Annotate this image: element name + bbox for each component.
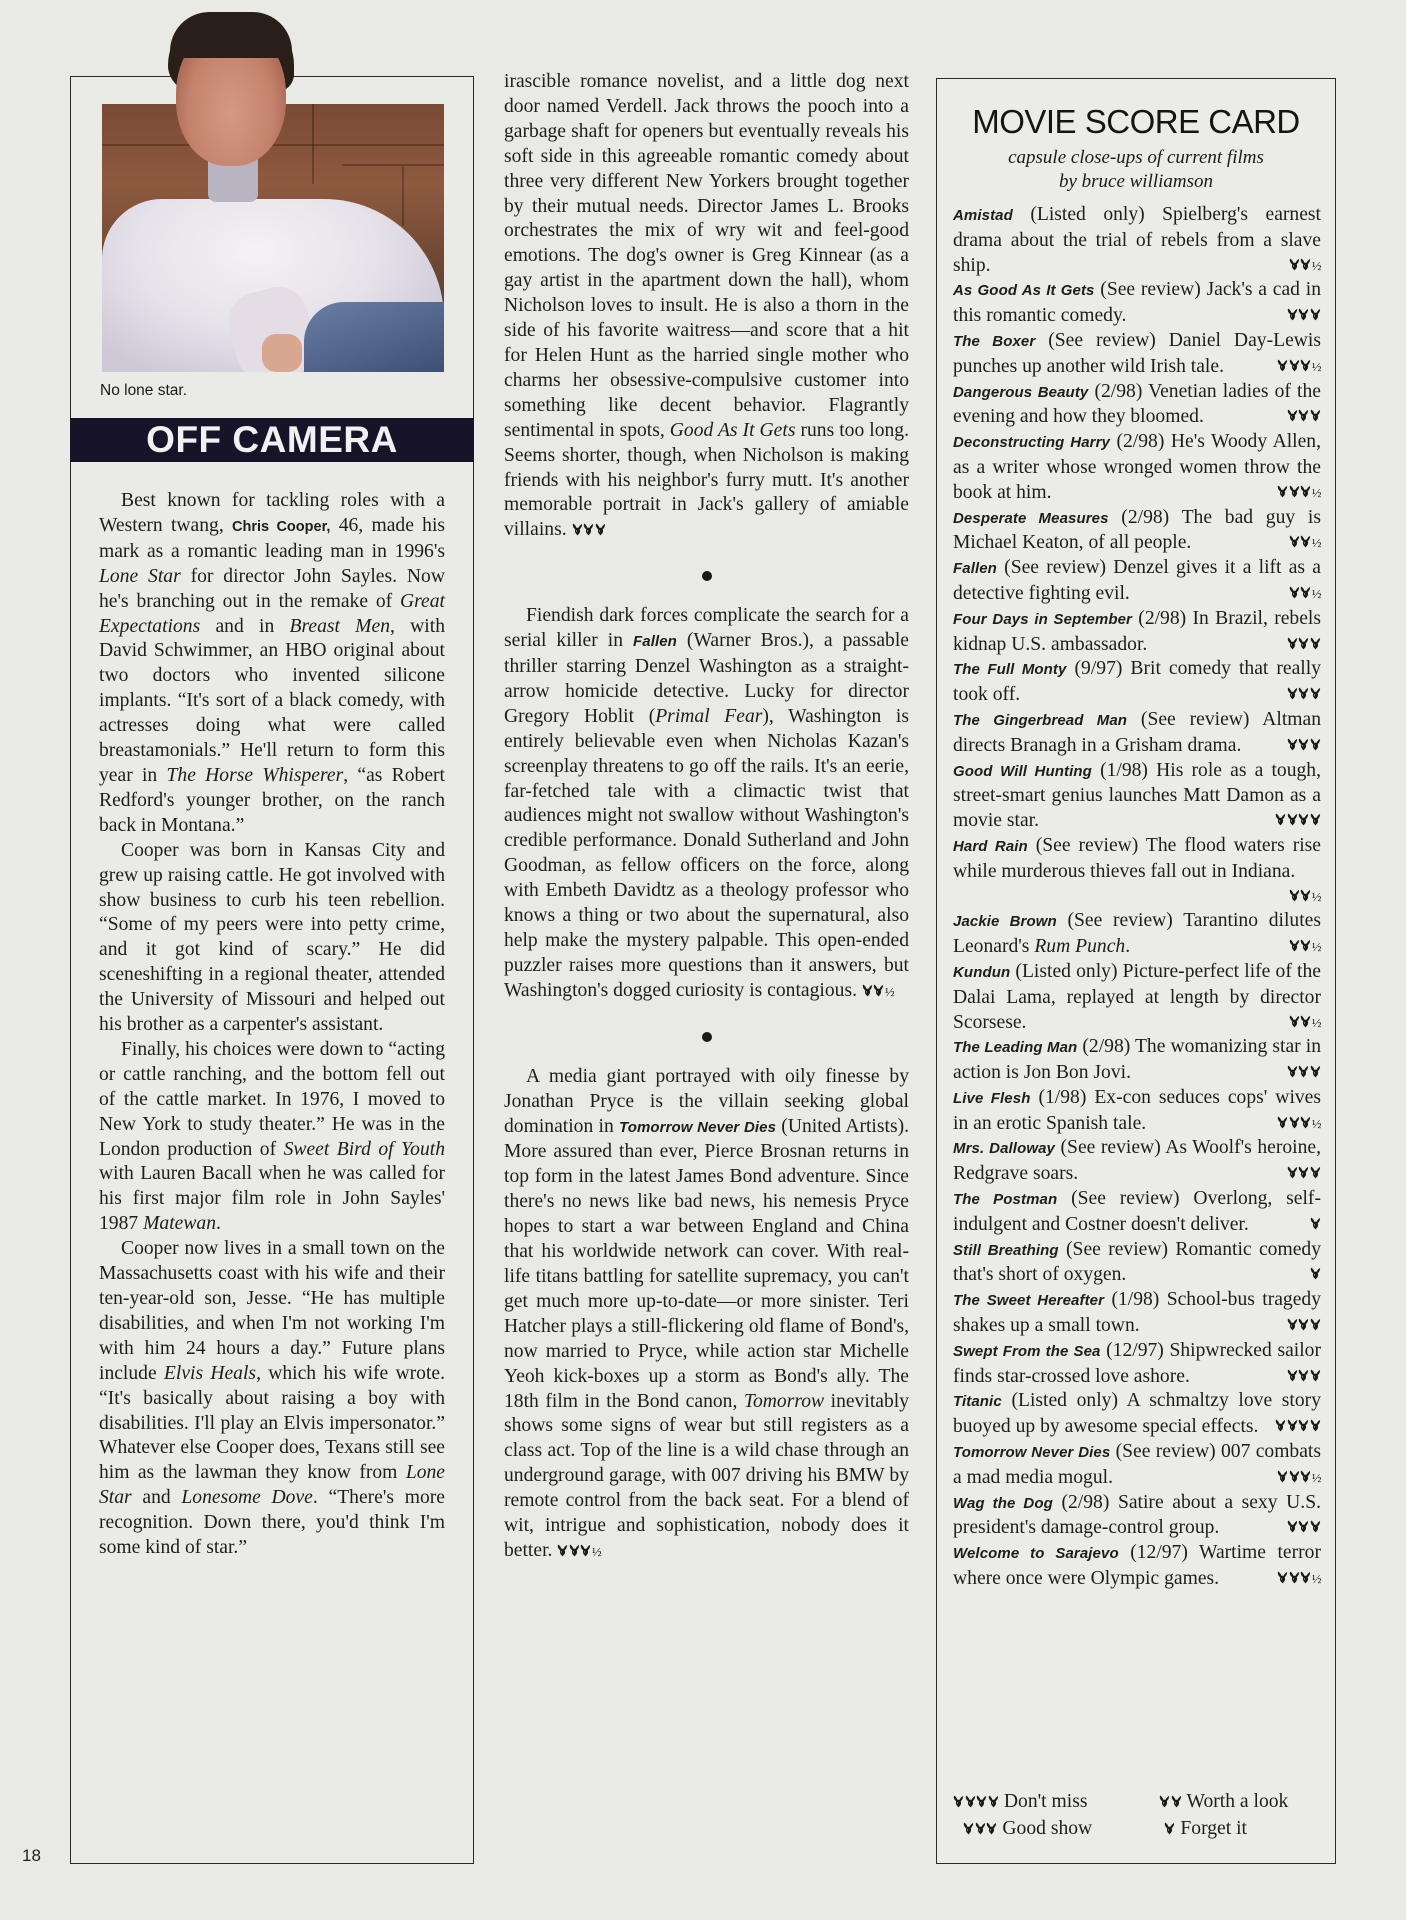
rabbit-head-icon bbox=[873, 984, 884, 997]
review-note: (2/98) bbox=[1077, 1036, 1135, 1057]
italic-title: Lone Star bbox=[99, 566, 181, 587]
rabbit-head-icon bbox=[1298, 308, 1309, 321]
rabbit-head-icon bbox=[1287, 738, 1298, 751]
score-card-entry: Fallen (See review) Denzel gives it a li… bbox=[953, 556, 1321, 607]
rabbit-head-icon bbox=[1310, 409, 1321, 422]
review-note: (1/98) bbox=[1104, 1289, 1167, 1310]
half-rating: ½ bbox=[1312, 889, 1321, 904]
rabbit-head-icon bbox=[1277, 1571, 1288, 1584]
rabbit-head-icon bbox=[1287, 1419, 1298, 1432]
person-name: Chris Cooper, bbox=[232, 519, 330, 535]
half-rating: ½ bbox=[1312, 1470, 1321, 1485]
legend-label: Good show bbox=[998, 1818, 1093, 1839]
rating bbox=[1287, 405, 1322, 430]
film-title: Dangerous Beauty bbox=[953, 384, 1088, 401]
rating bbox=[1287, 633, 1322, 658]
score-card-entry: The Sweet Hereafter (1/98) School-bus tr… bbox=[953, 1288, 1321, 1339]
film-title: Wag the Dog bbox=[953, 1495, 1053, 1512]
rabbit-head-icon bbox=[975, 1822, 986, 1835]
text: (United Artists). More assured than ever… bbox=[504, 1116, 909, 1412]
rabbit-head-icon bbox=[1287, 308, 1298, 321]
film-title: The Sweet Hereafter bbox=[953, 1292, 1104, 1309]
rabbit-head-icon bbox=[1289, 1116, 1300, 1129]
review-note: (See review) bbox=[997, 557, 1113, 578]
rating-legend: Don't miss Worth a look Good show Forget… bbox=[953, 1789, 1321, 1843]
rabbit-head-icon bbox=[1277, 485, 1288, 498]
rabbit-head-icon bbox=[1310, 1217, 1321, 1230]
rating bbox=[953, 1794, 999, 1811]
rabbit-head-icon bbox=[1300, 258, 1311, 271]
half-rating: ½ bbox=[1312, 1015, 1321, 1030]
score-card-entry: Welcome to Sarajevo (12/97) Wartime terr… bbox=[953, 1541, 1321, 1592]
rating: ½ bbox=[1277, 481, 1321, 506]
score-card-entry: The Leading Man (2/98) The womanizing st… bbox=[953, 1035, 1321, 1086]
rabbit-head-icon bbox=[1289, 258, 1300, 271]
half-rating: ½ bbox=[1312, 586, 1321, 601]
rating bbox=[1275, 1415, 1321, 1440]
rating: ½ bbox=[557, 1543, 601, 1560]
film-title: Kundun bbox=[953, 964, 1010, 981]
article-paragraph: Cooper now lives in a small town on the … bbox=[99, 1237, 445, 1561]
review-note: (2/98) bbox=[1053, 1492, 1118, 1513]
film-title: The Full Monty bbox=[953, 661, 1066, 678]
rating: ½ bbox=[1289, 582, 1321, 607]
rabbit-head-icon bbox=[1310, 687, 1321, 700]
rabbit-head-icon bbox=[1275, 813, 1286, 826]
rabbit-head-icon bbox=[1300, 939, 1311, 952]
rabbit-head-icon bbox=[1164, 1822, 1175, 1835]
legend-label: Forget it bbox=[1176, 1818, 1248, 1839]
score-card-entry: Jackie Brown (See review) Tarantino dilu… bbox=[953, 909, 1321, 960]
legend-label: Worth a look bbox=[1182, 1791, 1288, 1812]
text: and bbox=[132, 1487, 182, 1508]
score-card-entry: The Gingerbread Man (See review) Altman … bbox=[953, 708, 1321, 759]
italic-title: Good As It Gets bbox=[670, 420, 796, 441]
review-note: (See review) bbox=[1095, 279, 1207, 300]
score-card-entry: As Good As It Gets (See review) Jack's a… bbox=[953, 278, 1321, 329]
rating: ½ bbox=[1277, 1466, 1321, 1491]
rating bbox=[1310, 1213, 1322, 1238]
rabbit-head-icon bbox=[1310, 308, 1321, 321]
score-card-entry: The Postman (See review) Overlong, self-… bbox=[953, 1187, 1321, 1238]
rabbit-head-icon bbox=[1310, 738, 1321, 751]
jeans bbox=[304, 302, 444, 372]
rating: ½ bbox=[1289, 254, 1321, 279]
rabbit-head-icon bbox=[1287, 1065, 1298, 1078]
rabbit-head-icon bbox=[1287, 813, 1298, 826]
rabbit-head-icon bbox=[1298, 1419, 1309, 1432]
film-title: As Good As It Gets bbox=[953, 282, 1095, 299]
film-title: Jackie Brown bbox=[953, 913, 1057, 930]
score-card-subtitle: capsule close-ups of current films bbox=[937, 147, 1335, 169]
text: . bbox=[1125, 936, 1130, 957]
rabbit-head-icon bbox=[862, 984, 873, 997]
review-note: (See review) bbox=[1110, 1441, 1221, 1462]
score-card-entry: The Full Monty (9/97) Brit comedy that r… bbox=[953, 657, 1321, 708]
italic-title: Lonesome Dove bbox=[181, 1487, 313, 1508]
rating bbox=[1287, 1061, 1322, 1086]
review-note: (Listed only) bbox=[1002, 1390, 1127, 1411]
rabbit-head-icon bbox=[1289, 535, 1300, 548]
rabbit-head-icon bbox=[1287, 637, 1298, 650]
section-separator bbox=[504, 544, 909, 604]
score-card-entry: Kundun (Listed only) Picture-perfect lif… bbox=[953, 960, 1321, 1035]
rabbit-head-icon bbox=[1300, 586, 1311, 599]
rabbit-head-icon bbox=[1275, 1419, 1286, 1432]
rating bbox=[1287, 1162, 1322, 1187]
film-title: Tomorrow Never Dies bbox=[953, 1444, 1110, 1461]
rating bbox=[572, 522, 607, 539]
film-title: Four Days in September bbox=[953, 611, 1132, 628]
review-note: (See review) bbox=[1028, 835, 1146, 856]
rabbit-head-icon bbox=[1298, 409, 1309, 422]
rabbit-head-icon bbox=[1289, 359, 1300, 372]
rating bbox=[1287, 683, 1322, 708]
rating bbox=[1287, 1516, 1322, 1541]
film-title: The Gingerbread Man bbox=[953, 712, 1127, 729]
legend-item: Forget it bbox=[1120, 1816, 1321, 1843]
text: , with David Schwimmer, an HBO original … bbox=[99, 616, 445, 786]
score-card-entry: Good Will Hunting (1/98) His role as a t… bbox=[953, 759, 1321, 834]
text: inevitably shows some signs of wear but … bbox=[504, 1391, 909, 1561]
rabbit-head-icon bbox=[1298, 813, 1309, 826]
score-card-entry: Dangerous Beauty (2/98) Venetian ladies … bbox=[953, 380, 1321, 431]
rabbit-head-icon bbox=[1289, 1470, 1300, 1483]
film-title: The Leading Man bbox=[953, 1039, 1077, 1056]
review-note: (Listed only) bbox=[1010, 961, 1122, 982]
rating: ½ bbox=[1289, 531, 1321, 556]
portrait-photo bbox=[102, 104, 444, 372]
rating: ½ bbox=[1277, 355, 1321, 380]
half-rating: ½ bbox=[1312, 1571, 1321, 1586]
rabbit-head-icon bbox=[1289, 1571, 1300, 1584]
half-rating: ½ bbox=[1312, 485, 1321, 500]
text: Cooper was born in Kansas City and grew … bbox=[99, 840, 445, 1035]
rabbit-head-icon bbox=[1159, 1795, 1170, 1808]
review-note: (Listed only) bbox=[1013, 204, 1162, 225]
review-note: (9/97) bbox=[1066, 658, 1130, 679]
review-note: (See review) bbox=[1055, 1137, 1165, 1158]
movie-score-card: MOVIE SCORE CARD capsule close-ups of cu… bbox=[936, 78, 1336, 1864]
rabbit-head-icon bbox=[557, 1544, 568, 1557]
article-paragraph: Cooper was born in Kansas City and grew … bbox=[99, 839, 445, 1038]
rabbit-head-icon bbox=[1310, 1267, 1321, 1280]
rabbit-head-icon bbox=[1298, 1520, 1309, 1533]
score-card-entries: Amistad (Listed only) Spielberg's earnes… bbox=[953, 203, 1321, 1592]
reviews-column: irascible romance novelist, and a little… bbox=[504, 70, 909, 1565]
rabbit-head-icon bbox=[595, 523, 606, 536]
film-title: Hard Rain bbox=[953, 838, 1028, 855]
rabbit-head-icon bbox=[1300, 889, 1311, 902]
hand bbox=[262, 334, 302, 372]
rating: ½ bbox=[1277, 1567, 1321, 1592]
review-paragraph: A media giant portrayed with oily finess… bbox=[504, 1065, 909, 1565]
rating: ½ bbox=[1289, 1011, 1321, 1036]
rabbit-head-icon bbox=[1310, 1065, 1321, 1078]
rating bbox=[1275, 809, 1321, 834]
rabbit-head-icon bbox=[1298, 1065, 1309, 1078]
rating bbox=[1287, 1314, 1322, 1339]
rabbit-head-icon bbox=[1300, 485, 1311, 498]
italic-title: Matewan bbox=[143, 1213, 216, 1234]
score-card-byline: by bruce williamson bbox=[937, 171, 1335, 193]
rabbit-head-icon bbox=[1300, 359, 1311, 372]
rabbit-head-icon bbox=[1289, 485, 1300, 498]
rabbit-head-icon bbox=[1287, 409, 1298, 422]
rabbit-head-icon bbox=[988, 1795, 999, 1808]
score-card-entry: Wag the Dog (2/98) Satire about a sexy U… bbox=[953, 1491, 1321, 1542]
rabbit-head-icon bbox=[1171, 1795, 1182, 1808]
review-note: (2/98) bbox=[1109, 507, 1182, 528]
review-paragraph: irascible romance novelist, and a little… bbox=[504, 70, 909, 544]
film-title: Titanic bbox=[953, 1393, 1002, 1410]
rabbit-head-icon bbox=[1298, 637, 1309, 650]
review-note: (2/98) bbox=[1088, 381, 1148, 402]
score-card-entry: Still Breathing (See review) Romantic co… bbox=[953, 1238, 1321, 1289]
bullet-icon bbox=[702, 1032, 712, 1042]
rabbit-head-icon bbox=[1300, 1470, 1311, 1483]
score-card-entry: Hard Rain (See review) The flood waters … bbox=[953, 834, 1321, 909]
film-title: Fallen bbox=[953, 560, 997, 577]
rabbit-head-icon bbox=[1310, 1318, 1321, 1331]
score-card-entry: Amistad (Listed only) Spielberg's earnes… bbox=[953, 203, 1321, 278]
film-title: Swept From the Sea bbox=[953, 1343, 1100, 1360]
text: and in bbox=[200, 616, 289, 637]
rating: ½ bbox=[1289, 935, 1321, 960]
off-camera-article: Best known for tackling roles with a Wes… bbox=[99, 489, 445, 1561]
rabbit-head-icon bbox=[1287, 687, 1298, 700]
rabbit-head-icon bbox=[1300, 1116, 1311, 1129]
half-rating: ½ bbox=[592, 1544, 601, 1559]
rating bbox=[1310, 1263, 1322, 1288]
rating bbox=[1287, 1365, 1322, 1390]
rabbit-head-icon bbox=[1300, 1015, 1311, 1028]
score-card-entry: Desperate Measures (2/98) The bad guy is… bbox=[953, 506, 1321, 557]
rabbit-head-icon bbox=[1300, 535, 1311, 548]
rabbit-head-icon bbox=[572, 523, 583, 536]
legend-item: Good show bbox=[953, 1816, 1120, 1843]
section-banner: OFF CAMERA bbox=[70, 418, 474, 462]
rating bbox=[1164, 1821, 1176, 1838]
score-card-entry: Four Days in September (2/98) In Brazil,… bbox=[953, 607, 1321, 658]
text: irascible romance novelist, and a little… bbox=[504, 71, 909, 441]
review-paragraph: Fiendish dark forces complicate the sear… bbox=[504, 604, 909, 1005]
rabbit-head-icon bbox=[1289, 889, 1300, 902]
italic-title: Rum Punch bbox=[1034, 936, 1125, 957]
rabbit-head-icon bbox=[1289, 586, 1300, 599]
rabbit-head-icon bbox=[1310, 637, 1321, 650]
review-note: (12/97) bbox=[1100, 1340, 1169, 1361]
review-note: (1/98) bbox=[1030, 1087, 1094, 1108]
bullet-icon bbox=[702, 571, 712, 581]
film-title: The Postman bbox=[953, 1191, 1057, 1208]
film-title: Mrs. Dalloway bbox=[953, 1140, 1055, 1157]
film-title: Good Will Hunting bbox=[953, 763, 1092, 780]
review-note: (See review) bbox=[1035, 330, 1168, 351]
text: . bbox=[216, 1213, 221, 1234]
italic-title: Elvis Heals bbox=[164, 1363, 256, 1384]
section-separator bbox=[504, 1005, 909, 1065]
rating: ½ bbox=[1289, 885, 1321, 910]
italic-title: Sweet Bird of Youth bbox=[284, 1139, 445, 1160]
hair-top bbox=[170, 12, 292, 58]
review-note: (See review) bbox=[1057, 910, 1183, 931]
rabbit-head-icon bbox=[1310, 813, 1321, 826]
half-rating: ½ bbox=[1312, 1116, 1321, 1131]
rabbit-head-icon bbox=[569, 1544, 580, 1557]
review-note: (2/98) bbox=[1132, 608, 1193, 629]
score-card-title: MOVIE SCORE CARD bbox=[937, 103, 1335, 141]
rabbit-head-icon bbox=[1310, 1520, 1321, 1533]
text: ), Washington is entirely believable eve… bbox=[504, 706, 909, 1001]
review-note: (2/98) bbox=[1110, 431, 1171, 452]
rabbit-head-icon bbox=[1300, 1571, 1311, 1584]
rabbit-head-icon bbox=[1298, 1166, 1309, 1179]
score-card-entry: Tomorrow Never Dies (See review) 007 com… bbox=[953, 1440, 1321, 1491]
half-rating: ½ bbox=[1312, 535, 1321, 550]
rabbit-head-icon bbox=[1287, 1166, 1298, 1179]
film-title: Fallen bbox=[633, 633, 677, 650]
rabbit-head-icon bbox=[965, 1795, 976, 1808]
article-paragraph: Finally, his choices were down to “actin… bbox=[99, 1038, 445, 1237]
half-rating: ½ bbox=[1312, 258, 1321, 273]
photo-caption: No lone star. bbox=[100, 382, 187, 400]
legend-item: Worth a look bbox=[1115, 1789, 1321, 1816]
half-rating: ½ bbox=[885, 984, 894, 999]
review-note: (12/97) bbox=[1119, 1542, 1199, 1563]
italic-title: Tomorrow bbox=[744, 1391, 824, 1412]
rabbit-head-icon bbox=[1298, 1318, 1309, 1331]
film-title: Welcome to Sarajevo bbox=[953, 1545, 1119, 1562]
score-card-entry: Live Flesh (1/98) Ex-con seduces cops' w… bbox=[953, 1086, 1321, 1137]
rabbit-head-icon bbox=[1298, 1369, 1309, 1382]
film-title: Tomorrow Never Dies bbox=[619, 1119, 776, 1136]
article-paragraph: Best known for tackling roles with a Wes… bbox=[99, 489, 445, 839]
score-card-entry: Swept From the Sea (12/97) Shipwrecked s… bbox=[953, 1339, 1321, 1390]
review-note: (See review) bbox=[1057, 1188, 1193, 1209]
legend-label: Don't miss bbox=[999, 1791, 1087, 1812]
legend-row: Don't miss Worth a look bbox=[953, 1789, 1321, 1816]
rabbit-head-icon bbox=[1289, 939, 1300, 952]
score-card-entry: The Boxer (See review) Daniel Day-Lewis … bbox=[953, 329, 1321, 380]
film-title: Desperate Measures bbox=[953, 510, 1109, 527]
rabbit-head-icon bbox=[1310, 1166, 1321, 1179]
rating bbox=[1159, 1794, 1182, 1811]
rabbit-head-icon bbox=[986, 1822, 997, 1835]
half-rating: ½ bbox=[1312, 939, 1321, 954]
film-title: Still Breathing bbox=[953, 1242, 1059, 1259]
rabbit-head-icon bbox=[1287, 1520, 1298, 1533]
rabbit-head-icon bbox=[580, 1544, 591, 1557]
legend-item: Don't miss bbox=[953, 1789, 1115, 1816]
review-note: (See review) bbox=[1059, 1239, 1176, 1260]
review-note: (See review) bbox=[1127, 709, 1262, 730]
rabbit-head-icon bbox=[1289, 1015, 1300, 1028]
rating: ½ bbox=[862, 983, 894, 1000]
rabbit-head-icon bbox=[1277, 359, 1288, 372]
score-card-entry: Deconstructing Harry (2/98) He's Woody A… bbox=[953, 430, 1321, 505]
rabbit-head-icon bbox=[963, 1822, 974, 1835]
film-title: Amistad bbox=[953, 207, 1013, 224]
rating: ½ bbox=[1277, 1112, 1321, 1137]
film-title: Deconstructing Harry bbox=[953, 434, 1110, 451]
rating bbox=[963, 1821, 998, 1838]
rabbit-head-icon bbox=[1287, 1318, 1298, 1331]
rabbit-head-icon bbox=[1298, 738, 1309, 751]
italic-title: The Horse Whisperer bbox=[167, 765, 344, 786]
film-title: The Boxer bbox=[953, 333, 1035, 350]
rabbit-head-icon bbox=[1287, 1369, 1298, 1382]
legend-row: Good show Forget it bbox=[953, 1816, 1321, 1843]
page-number: 18 bbox=[22, 1846, 41, 1866]
rabbit-head-icon bbox=[1277, 1116, 1288, 1129]
rabbit-head-icon bbox=[1310, 1369, 1321, 1382]
rabbit-head-icon bbox=[1310, 1419, 1321, 1432]
half-rating: ½ bbox=[1312, 359, 1321, 374]
score-card-entry: Titanic (Listed only) A schmaltzy love s… bbox=[953, 1389, 1321, 1440]
rabbit-head-icon bbox=[1298, 687, 1309, 700]
rating bbox=[1287, 304, 1322, 329]
film-title: Live Flesh bbox=[953, 1090, 1030, 1107]
review-note: (1/98) bbox=[1092, 760, 1156, 781]
rating bbox=[1287, 734, 1322, 759]
rabbit-head-icon bbox=[583, 523, 594, 536]
score-card-entry: Mrs. Dalloway (See review) As Woolf's he… bbox=[953, 1136, 1321, 1187]
rabbit-head-icon bbox=[953, 1795, 964, 1808]
rabbit-head-icon bbox=[976, 1795, 987, 1808]
italic-title: Breast Men bbox=[290, 616, 391, 637]
italic-title: Primal Fear bbox=[655, 706, 762, 727]
rabbit-head-icon bbox=[1277, 1470, 1288, 1483]
